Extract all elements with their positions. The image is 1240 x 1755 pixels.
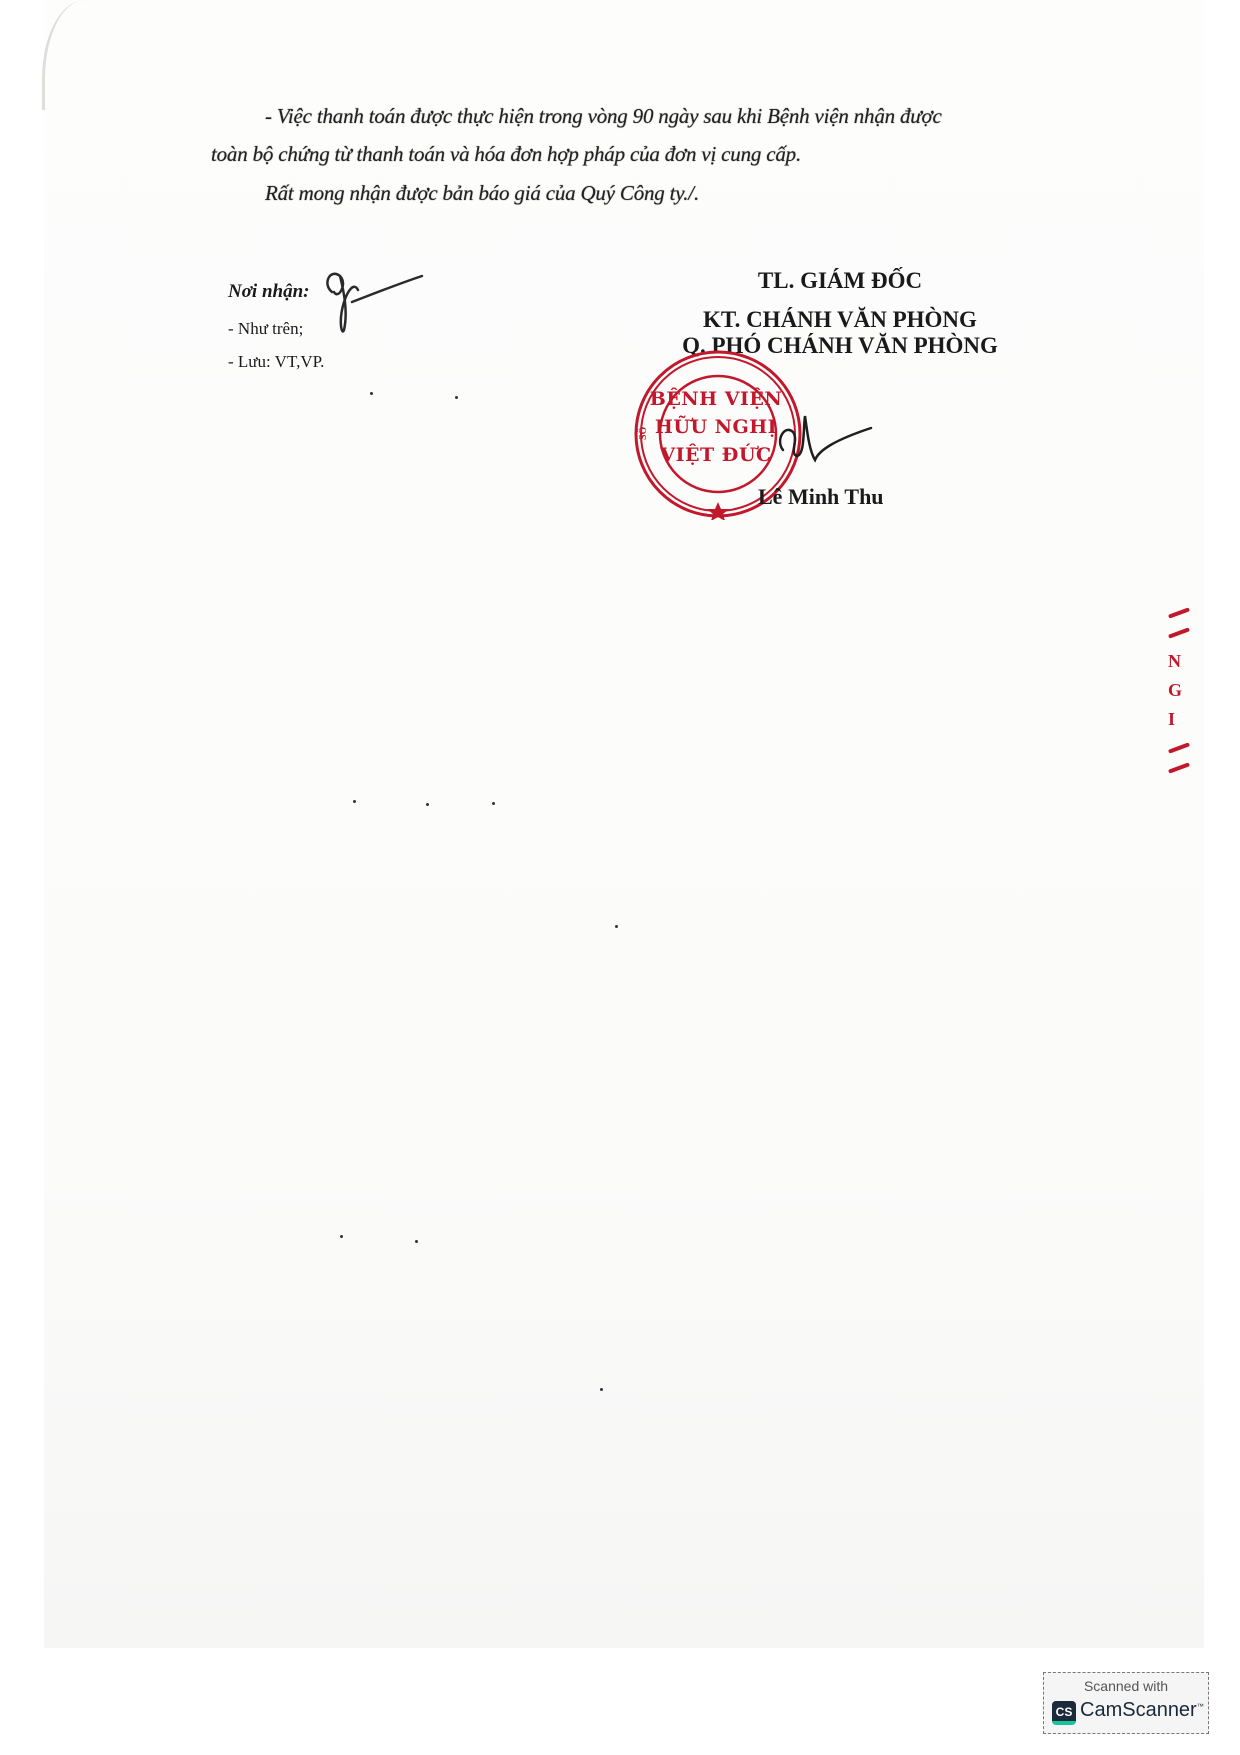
recipients-title: Nơi nhận: (228, 281, 309, 303)
signature-title-line: KT. CHÁNH VĂN PHÒNG (590, 307, 1090, 333)
trademark-symbol: ™ (1197, 1703, 1204, 1710)
adjacent-page-seal-fragment: N G I (1168, 595, 1190, 786)
scan-noise (492, 802, 495, 805)
scan-noise (455, 396, 458, 399)
watermark-brand: CamScanner™ (1080, 1699, 1204, 1722)
scan-noise (340, 1235, 343, 1238)
recipient-item: - Như trên; (228, 319, 303, 339)
handwritten-signature-icon (775, 410, 875, 470)
camscanner-watermark: Scanned with CS CamScanner™ (1043, 1672, 1209, 1734)
watermark-caption: Scanned with (1044, 1678, 1208, 1694)
seal-text-line: BỆNH VIỆN (646, 385, 786, 413)
brand-name: CamScanner (1080, 1699, 1197, 1721)
scan-noise (415, 1240, 418, 1243)
scanned-page (44, 0, 1204, 1648)
payment-terms-line-1: - Việc thanh toán được thực hiện trong v… (265, 104, 942, 129)
signer-name: Lê Minh Thu (758, 484, 884, 510)
scan-noise (353, 800, 356, 803)
recipient-item: - Lưu: VT,VP. (228, 352, 324, 372)
payment-terms-line-2: toàn bộ chứng từ thanh toán và hóa đơn h… (211, 142, 801, 167)
scan-noise (426, 803, 429, 806)
scan-noise (615, 925, 618, 928)
initials-signature-icon (318, 262, 428, 342)
camscanner-logo-icon: CS (1052, 1701, 1076, 1725)
scan-noise (600, 1388, 603, 1391)
signature-title-line: TL. GIÁM ĐỐC (590, 268, 1090, 294)
seal-text-line: VIỆT ĐỨC (646, 441, 786, 469)
seal-text-line: HỮU NGHỊ (646, 413, 786, 441)
scan-noise (370, 392, 373, 395)
closing-request-line: Rất mong nhận được bản báo giá của Quý C… (265, 181, 699, 206)
